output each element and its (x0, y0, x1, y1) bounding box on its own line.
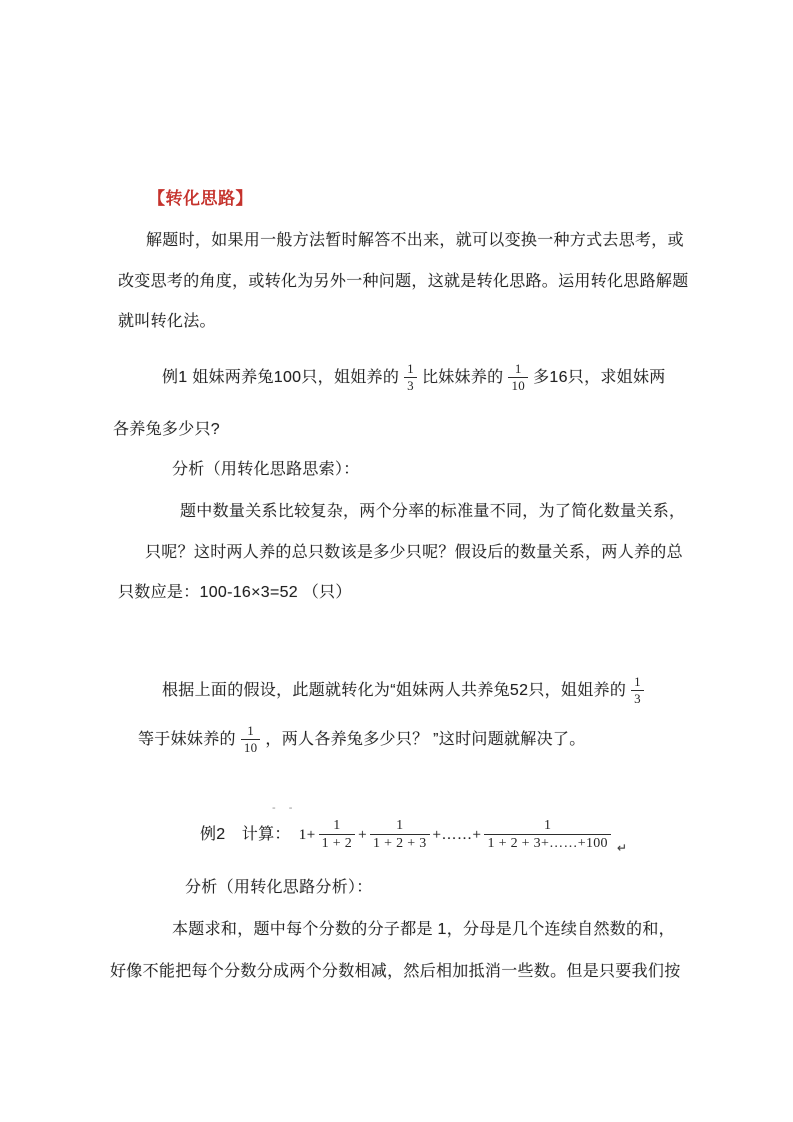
text-run: +……+ (433, 824, 482, 846)
text-run: 根据上面的假设，此题就转化为“姐妹两人共养兔52只，姐姐养的 (162, 680, 626, 702)
text-run: 等于妹妹养的 (138, 729, 236, 751)
fraction: 110 (508, 362, 528, 394)
analysis1-line-3: 只数应是：100-16×3=52 （只） (118, 582, 352, 604)
fraction-denominator: 1 + 2 (319, 834, 355, 852)
text-run: 例2 计算： (200, 824, 291, 846)
text-run: 只数应是：100-16×3=52 （只） (118, 584, 352, 601)
analysis2-line-2: 好像不能把每个分数分成两个分数相减，然后相加抵消一些数。但是只要我们按 (110, 961, 681, 983)
text-run: 各养兔多少只? (113, 421, 220, 438)
intro-line-2: 改变思考的角度，或转化为另外一种问题，这就是转化思路。运用转化思路解题 (118, 271, 689, 293)
fraction: 11 + 2 + 3 (370, 818, 430, 852)
analysis1-line-1: 题中数量关系比较复杂，两个分率的标准量不同，为了简化数量关系， (180, 501, 685, 523)
conclusion-line-1: 根据上面的假设，此题就转化为“姐妹两人共养兔52只，姐姐养的13 (162, 668, 649, 714)
fraction: 13 (404, 362, 417, 394)
text-run: 好像不能把每个分数分成两个分数相减，然后相加抵消一些数。但是只要我们按 (110, 963, 681, 980)
fraction-numerator: 1 (244, 724, 257, 739)
text-run: ，两人各养兔多少只？ ”这时问题就解决了。 (265, 729, 585, 751)
fraction-numerator: 1 (541, 818, 554, 834)
text-run: 就叫转化法。 (118, 313, 216, 330)
example1-line-1: 例1 姐妹两养兔100只，姐姐养的13比妹妹养的110多16只，求姐妹两 (162, 355, 666, 401)
example1-line-2: 各养兔多少只? (113, 419, 220, 441)
fraction-denominator: 1 + 2 + 3 (370, 834, 430, 852)
text-run: 1+ (299, 824, 316, 846)
fraction: 110 (241, 724, 261, 756)
analysis2-heading: 分析（用转化思路分析）： (185, 877, 373, 899)
text-run: 比妹妹养的 (422, 367, 504, 389)
fraction: 11 + 2 (319, 818, 355, 852)
text-run: 分析（用转化思路分析）： (185, 879, 373, 896)
text-run: 例1 姐妹两养兔100只，姐姐养的 (162, 367, 399, 389)
fraction-numerator: 1 (404, 362, 417, 377)
fraction-denominator: 3 (404, 377, 417, 394)
intro-line-1: 解题时，如果用一般方法暂时解答不出来，就可以变换一种方式去思考，或 (146, 230, 684, 252)
text-run: 解题时，如果用一般方法暂时解答不出来，就可以变换一种方式去思考，或 (146, 232, 684, 249)
fraction-denominator: 1 + 2 + 3+……+100 (484, 834, 610, 852)
fraction-denominator: 10 (508, 377, 528, 394)
fraction-numerator: 1 (393, 818, 406, 834)
text-run: 题中数量关系比较复杂，两个分率的标准量不同，为了简化数量关系， (180, 503, 685, 520)
analysis1-heading: 分析（用转化思路思索）： (172, 459, 360, 481)
text-run: 只呢？这时两人养的总只数该是多少只呢？假设后的数量关系，两人养的总 (145, 544, 683, 561)
analysis1-line-2: 只呢？这时两人养的总只数该是多少只呢？假设后的数量关系，两人养的总 (145, 542, 683, 564)
document-page: 【转化思路】解题时，如果用一般方法暂时解答不出来，就可以变换一种方式去思考，或改… (0, 0, 793, 1122)
text-run: + (358, 824, 367, 846)
section-title: 【转化思路】 (148, 186, 253, 212)
fraction-numerator: 1 (631, 675, 644, 690)
text-run: 分析（用转化思路思索）： (172, 461, 360, 478)
text-run: 改变思考的角度，或转化为另外一种问题，这就是转化思路。运用转化思路解题 (118, 273, 689, 290)
conclusion-line-2: 等于妹妹养的110，两人各养兔多少只？ ”这时问题就解决了。 (138, 717, 586, 763)
text-run: 本题求和，题中每个分数的分子都是 1，分母是几个连续自然数的和， (172, 921, 675, 938)
fraction: 13 (631, 675, 644, 707)
text-run: 【转化思路】 (148, 189, 253, 208)
fraction: 11 + 2 + 3+……+100 (484, 818, 610, 852)
fraction-numerator: 1 (330, 818, 343, 834)
text-run: 多16只，求姐妹两 (533, 367, 666, 389)
fraction-numerator: 1 (512, 362, 525, 377)
example2-formula: 例2 计算：1+11 + 2+11 + 2 + 3+……+11 + 2 + 3+… (200, 812, 627, 858)
fraction-denominator: 10 (241, 739, 261, 756)
intro-line-3: 就叫转化法。 (118, 311, 216, 333)
fraction-denominator: 3 (631, 690, 644, 707)
analysis2-line-1: 本题求和，题中每个分数的分子都是 1，分母是几个连续自然数的和， (172, 919, 675, 941)
return-mark-icon: ↵ (617, 837, 627, 859)
